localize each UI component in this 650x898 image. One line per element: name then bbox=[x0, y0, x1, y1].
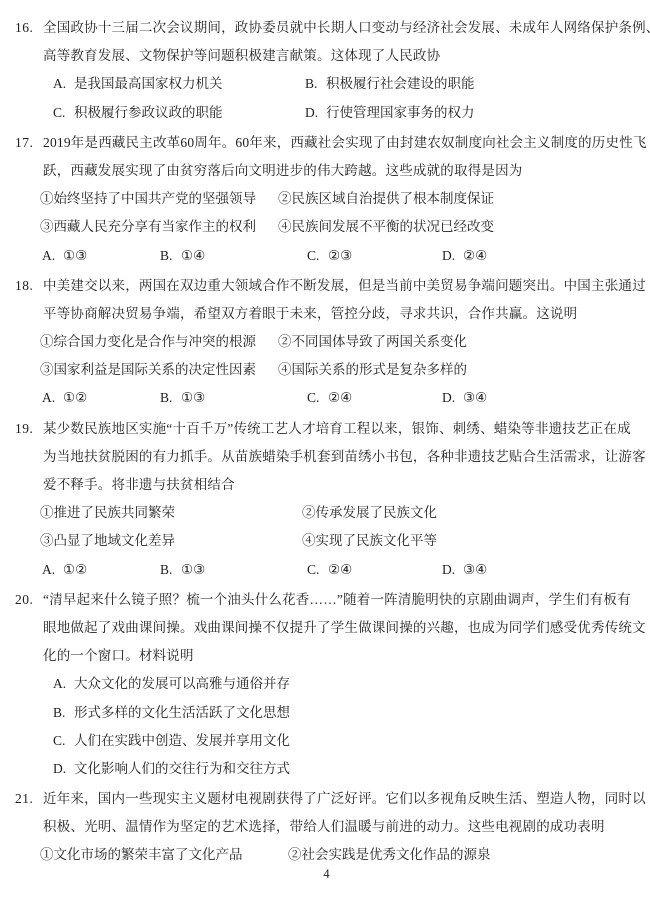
question-number: 20. bbox=[15, 586, 33, 614]
stem-line: 高等教育发展、文物保护等问题积极建言献策。这体现了人民政协 bbox=[43, 42, 638, 70]
option-text: ①③ bbox=[181, 562, 205, 577]
option-item: B.积极履行社会建设的职能 bbox=[305, 70, 638, 98]
question-stem: 中美建交以来，两国在双边重大领域合作不断发展，但是当前中美贸易争端问题突出。中国… bbox=[43, 272, 638, 328]
stem-line: 2019年是西藏民主改革60周年。60年来，西藏社会实现了由封建农奴制度向社会主… bbox=[43, 129, 638, 157]
exam-page: 16. 全国政协十三届二次会议期间，政协委员就中长期人口变动与经济社会发展、未成… bbox=[0, 0, 650, 898]
stem-line: 爱不释手。将非遗与扶贫相结合 bbox=[43, 471, 638, 499]
option-text: ①② bbox=[63, 390, 87, 405]
option-label: C. bbox=[53, 727, 74, 755]
option-label: D. bbox=[305, 99, 326, 127]
sub-items-row: ①推进了民族共同繁荣 ②传承发展了民族文化 ③凸显了地域文化差异 ④实现了民族文… bbox=[40, 499, 638, 555]
option-item: A.是我国最高国家权力机关 bbox=[53, 70, 305, 98]
option-item: B.形式多样的文化生活活跃了文化思想 bbox=[53, 699, 638, 727]
option-text: ①② bbox=[63, 562, 87, 577]
sub-items-row: ①始终坚持了中国共产党的坚强领导 ②民族区域自治提供了根本制度保证 ③西藏人民充… bbox=[40, 185, 638, 241]
question-stem: 2019年是西藏民主改革60周年。60年来，西藏社会实现了由封建农奴制度向社会主… bbox=[43, 129, 638, 185]
option-item: D.③④ bbox=[442, 556, 638, 584]
sub-item: ③国家利益是国际关系的决定性因素 bbox=[40, 356, 278, 384]
sub-items-row: ①综合国力变化是合作与冲突的根源 ②不同国体导致了两国关系变化 ③国家利益是国际… bbox=[40, 328, 638, 384]
option-item: D.③④ bbox=[442, 384, 638, 412]
option-item: B.①④ bbox=[160, 242, 307, 270]
sub-item: ①始终坚持了中国共产党的坚强领导 bbox=[40, 185, 278, 213]
option-label: C. bbox=[307, 242, 328, 270]
answer-choices-row: A.①② B.①③ C.②④ D.③④ bbox=[42, 556, 638, 584]
answer-choices-row: A.①③ B.①④ C.②③ D.②④ bbox=[42, 242, 638, 270]
sub-item: ④民族间发展不平衡的状况已经改变 bbox=[278, 213, 638, 241]
option-text: ②④ bbox=[328, 562, 352, 577]
stem-line: 积极、光明、温情作为坚定的艺术选择，带给人们温暖与前进的动力。这些电视剧的成功表… bbox=[43, 813, 638, 841]
option-label: B. bbox=[305, 70, 326, 98]
stem-line: 为当地扶贫脱困的有力抓手。从苗族蜡染手机套到苗绣小书包，各种非遗技艺贴合生活需求… bbox=[43, 443, 638, 471]
sub-item: ④实现了民族文化平等 bbox=[302, 527, 638, 555]
sub-item: ①文化市场的繁荣丰富了文化产品 bbox=[40, 841, 288, 869]
sub-item: ③凸显了地域文化差异 bbox=[40, 527, 302, 555]
option-text: ①③ bbox=[181, 390, 205, 405]
option-text: ②④ bbox=[328, 390, 352, 405]
option-item: A.①② bbox=[42, 556, 160, 584]
stem-line: 中美建交以来，两国在双边重大领域合作不断发展，但是当前中美贸易争端问题突出。中国… bbox=[43, 272, 638, 300]
question-stem: 近年来，国内一些现实主义题材电视剧获得了广泛好评。它们以多视角反映生活、塑造人物… bbox=[43, 785, 638, 841]
option-item: C.人们在实践中创造、发展并享用文化 bbox=[53, 727, 638, 755]
option-label: B. bbox=[160, 556, 181, 584]
option-label: D. bbox=[442, 556, 463, 584]
option-text: 形式多样的文化生活活跃了文化思想 bbox=[74, 705, 290, 720]
option-item: A.①② bbox=[42, 384, 160, 412]
sub-item: ①综合国力变化是合作与冲突的根源 bbox=[40, 328, 278, 356]
question-number: 18. bbox=[15, 272, 33, 300]
question-21: 21. 近年来，国内一些现实主义题材电视剧获得了广泛好评。它们以多视角反映生活、… bbox=[15, 785, 638, 870]
sub-item: ①推进了民族共同繁荣 bbox=[40, 499, 302, 527]
option-label: B. bbox=[160, 242, 181, 270]
question-18: 18. 中美建交以来，两国在双边重大领域合作不断发展，但是当前中美贸易争端问题突… bbox=[15, 272, 638, 413]
question-number: 21. bbox=[15, 785, 33, 813]
option-text: ②③ bbox=[328, 248, 352, 263]
option-item: D.行使管理国家事务的权力 bbox=[305, 99, 638, 127]
question-19: 19. 某少数民族地区实施“十百千万”传统工艺人才培育工程以来，银饰、刺绣、蜡染… bbox=[15, 415, 638, 584]
option-text: ②④ bbox=[463, 248, 487, 263]
stem-line: “清早起来什么镜子照？梳一个油头什么花香……”随着一阵清脆明快的京剧曲调声，学生… bbox=[43, 586, 638, 614]
option-label: D. bbox=[442, 242, 463, 270]
option-text: 人们在实践中创造、发展并享用文化 bbox=[74, 733, 290, 748]
option-label: B. bbox=[160, 384, 181, 412]
option-label: B. bbox=[53, 699, 74, 727]
stem-line: 跃，西藏发展实现了由贫穷落后向文明进步的伟大跨越。这些成就的取得是因为 bbox=[43, 157, 638, 185]
option-item: C.②③ bbox=[307, 242, 442, 270]
options-list: A.大众文化的发展可以高雅与通俗并存 B.形式多样的文化生活活跃了文化思想 C.… bbox=[53, 670, 638, 783]
stem-line: 近年来，国内一些现实主义题材电视剧获得了广泛好评。它们以多视角反映生活、塑造人物… bbox=[43, 785, 638, 813]
option-item: A.①③ bbox=[42, 242, 160, 270]
question-16: 16. 全国政协十三届二次会议期间，政协委员就中长期人口变动与经济社会发展、未成… bbox=[15, 14, 638, 127]
question-20: 20. “清早起来什么镜子照？梳一个油头什么花香……”随着一阵清脆明快的京剧曲调… bbox=[15, 586, 638, 783]
question-number: 17. bbox=[15, 129, 33, 157]
option-item: A.大众文化的发展可以高雅与通俗并存 bbox=[53, 670, 638, 698]
sub-items-row: ①文化市场的繁荣丰富了文化产品 ②社会实践是优秀文化作品的源泉 bbox=[40, 841, 638, 869]
option-text: 是我国最高国家权力机关 bbox=[74, 76, 223, 91]
sub-item: ④国际关系的形式是复杂多样的 bbox=[278, 356, 638, 384]
question-17: 17. 2019年是西藏民主改革60周年。60年来，西藏社会实现了由封建农奴制度… bbox=[15, 129, 638, 270]
options-grid: A.是我国最高国家权力机关 B.积极履行社会建设的职能 C.积极履行参政议政的职… bbox=[53, 70, 638, 126]
question-stem: 全国政协十三届二次会议期间，政协委员就中长期人口变动与经济社会发展、未成年人网络… bbox=[43, 14, 638, 70]
option-item: C.②④ bbox=[307, 556, 442, 584]
question-number: 16. bbox=[15, 14, 33, 42]
option-text: ③④ bbox=[463, 390, 487, 405]
option-label: C. bbox=[307, 556, 328, 584]
answer-choices-row: A.①② B.①③ C.②④ D.③④ bbox=[42, 384, 638, 412]
option-label: C. bbox=[307, 384, 328, 412]
option-item: C.②④ bbox=[307, 384, 442, 412]
option-label: A. bbox=[53, 670, 74, 698]
option-item: D.文化影响人们的交往行为和交往方式 bbox=[53, 755, 638, 783]
option-text: 积极履行参政议政的职能 bbox=[74, 105, 223, 120]
option-label: A. bbox=[42, 242, 63, 270]
sub-item: ②不同国体导致了两国关系变化 bbox=[278, 328, 638, 356]
question-stem: “清早起来什么镜子照？梳一个油头什么花香……”随着一阵清脆明快的京剧曲调声，学生… bbox=[43, 586, 638, 671]
stem-line: 平等协商解决贸易争端，希望双方着眼于未来，管控分歧，寻求共识，合作共赢。这说明 bbox=[43, 300, 638, 328]
option-item: B.①③ bbox=[160, 556, 307, 584]
option-text: 积极履行社会建设的职能 bbox=[326, 76, 475, 91]
question-number: 19. bbox=[15, 415, 33, 443]
option-item: B.①③ bbox=[160, 384, 307, 412]
stem-line: 某少数民族地区实施“十百千万”传统工艺人才培育工程以来，银饰、刺绣、蜡染等非遗技… bbox=[43, 415, 638, 443]
option-text: ①④ bbox=[181, 248, 205, 263]
question-stem: 某少数民族地区实施“十百千万”传统工艺人才培育工程以来，银饰、刺绣、蜡染等非遗技… bbox=[43, 415, 638, 500]
option-text: 文化影响人们的交往行为和交往方式 bbox=[74, 761, 290, 776]
option-label: C. bbox=[53, 99, 74, 127]
option-label: A. bbox=[53, 70, 74, 98]
sub-item: ②传承发展了民族文化 bbox=[302, 499, 638, 527]
option-item: D.②④ bbox=[442, 242, 638, 270]
option-label: D. bbox=[442, 384, 463, 412]
option-item: C.积极履行参政议政的职能 bbox=[53, 99, 305, 127]
stem-line: 全国政协十三届二次会议期间，政协委员就中长期人口变动与经济社会发展、未成年人网络… bbox=[43, 14, 638, 42]
option-text: 行使管理国家事务的权力 bbox=[326, 105, 475, 120]
option-label: A. bbox=[42, 556, 63, 584]
option-text: ①③ bbox=[63, 248, 87, 263]
option-label: D. bbox=[53, 755, 74, 783]
option-text: ③④ bbox=[463, 562, 487, 577]
stem-line: 化的一个窗口。材料说明 bbox=[43, 642, 638, 670]
sub-item: ②社会实践是优秀文化作品的源泉 bbox=[288, 841, 638, 869]
stem-line: 眼地做起了戏曲课间操。戏曲课间操不仅提升了学生做课间操的兴趣，也成为同学们感受优… bbox=[43, 614, 638, 642]
sub-item: ②民族区域自治提供了根本制度保证 bbox=[278, 185, 638, 213]
option-label: A. bbox=[42, 384, 63, 412]
option-text: 大众文化的发展可以高雅与通俗并存 bbox=[74, 676, 290, 691]
sub-item: ③西藏人民充分享有当家作主的权利 bbox=[40, 213, 278, 241]
